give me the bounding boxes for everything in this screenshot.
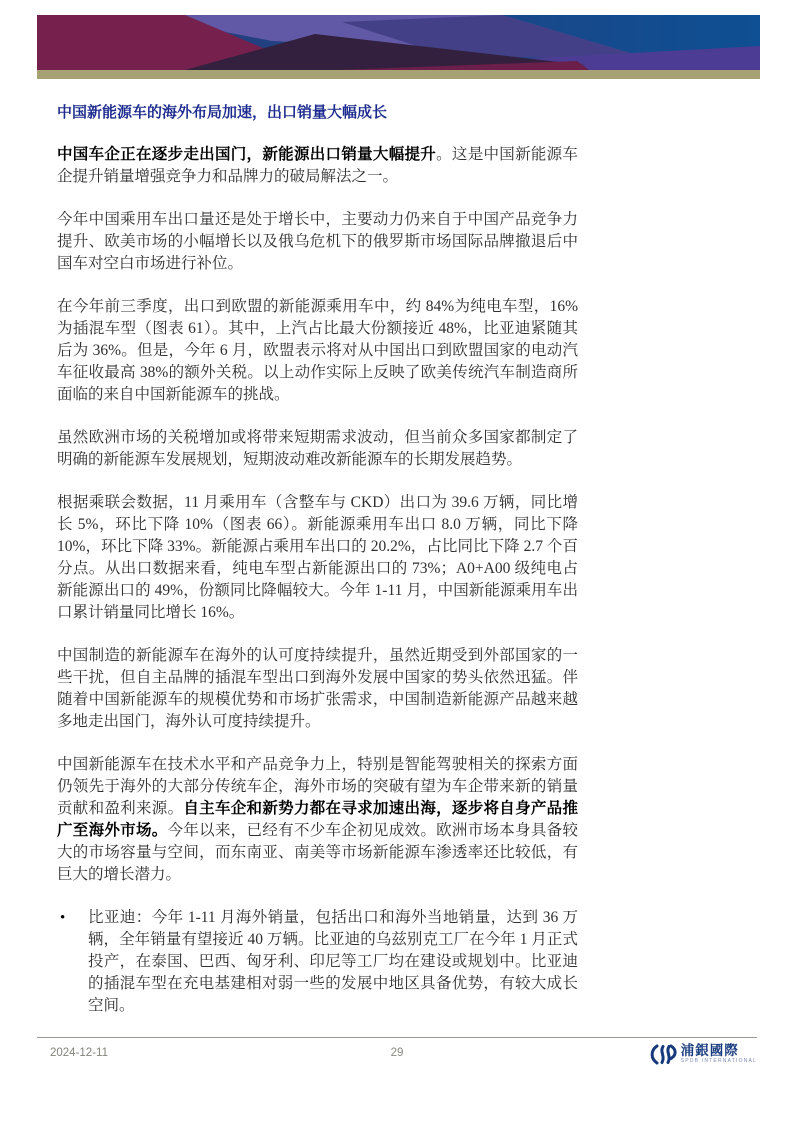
logo-name-en: SPDB INTERNATIONAL — [681, 1058, 757, 1065]
paragraph-5: 根据乘联会数据，11 月乘用车（含整车与 CKD）出口为 39.6 万辆，同比增… — [57, 492, 578, 624]
header-banner — [37, 15, 760, 79]
report-page: 中国新能源车的海外布局加速，出口销量大幅成长 中国车企正在逐步走出国门，新能源出… — [0, 0, 794, 1123]
paragraph-7: 中国新能源车在技术水平和产品竞争力上，特别是智能驾驶相关的探索方面仍领先于海外的… — [57, 754, 578, 886]
logo-text: 浦銀國際 SPDB INTERNATIONAL — [681, 1043, 757, 1065]
banner-olive-strip — [37, 70, 760, 79]
paragraph-3: 在今年前三季度，出口到欧盟的新能源乘用车中，约 84%为纯电车型，16%为插混车… — [57, 296, 578, 406]
paragraph-2: 今年中国乘用车出口量还是处于增长中，主要动力仍来自于中国产品竞争力提升、欧美市场… — [57, 209, 578, 275]
bullet-item-byd: 比亚迪：今年 1-11 月海外销量，包括出口和海外当地销量，达到 36 万辆，全… — [57, 907, 578, 1017]
logo-icon — [649, 1044, 677, 1065]
paragraph-1-bold: 中国车企正在逐步走出国门，新能源出口销量大幅提升 — [57, 146, 436, 163]
paragraph-1: 中国车企正在逐步走出国门，新能源出口销量大幅提升。这是中国新能源车企提升销量增强… — [57, 144, 578, 188]
company-logo: 浦銀國際 SPDB INTERNATIONAL — [649, 1043, 757, 1065]
paragraph-4: 虽然欧洲市场的关税增加或将带来短期需求波动，但当前众多国家都制定了明确的新能源车… — [57, 427, 578, 471]
section-heading: 中国新能源车的海外布局加速，出口销量大幅成长 — [57, 103, 578, 123]
page-footer: 2024-12-11 29 浦銀國際 SPDB INTERNATIONAL — [37, 1037, 757, 1078]
page-content: 中国新能源车的海外布局加速，出口销量大幅成长 中国车企正在逐步走出国门，新能源出… — [57, 79, 578, 1017]
bullet-list: 比亚迪：今年 1-11 月海外销量，包括出口和海外当地销量，达到 36 万辆，全… — [57, 907, 578, 1017]
banner-graphic — [37, 15, 760, 79]
paragraph-6: 中国制造的新能源车在海外的认可度持续提升，虽然近期受到外部国家的一些干扰，但自主… — [57, 645, 578, 733]
logo-name-cn: 浦銀國際 — [681, 1043, 757, 1058]
